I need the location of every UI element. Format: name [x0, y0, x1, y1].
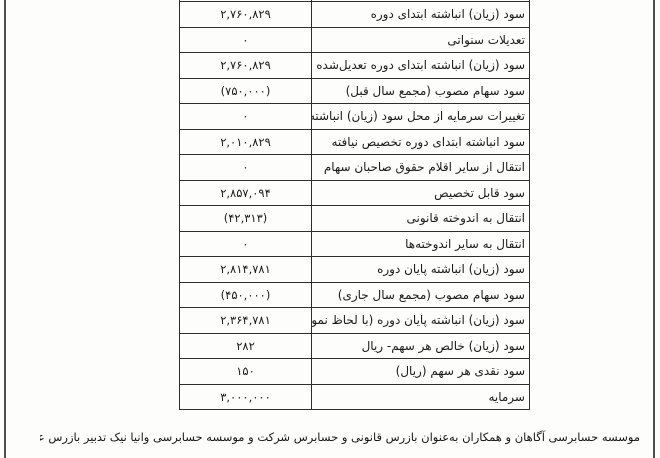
row-label: انتقال از سایر اقلام حقوق صاحبان سهام — [311, 155, 529, 180]
row-label: سود (زیان) خالص هر سهم- ریال — [311, 334, 529, 359]
row-label: سود سهام مصوب (مجمع سال جاری) — [311, 283, 529, 308]
table-row: سود سهام مصوب (مجمع سال قبل)(۷۵۰,۰۰۰) — [180, 79, 529, 105]
table-row: سود (زیان) انباشته ابتدای دوره تعدیل‌شده… — [180, 53, 529, 79]
page-right-edge — [653, 0, 655, 458]
table-row: سود سهام مصوب (مجمع سال جاری)(۴۵۰,۰۰۰) — [180, 283, 529, 309]
row-label: سود (زیان) انباشته ابتدای دوره — [311, 2, 529, 27]
row-value: (۷۵۰,۰۰۰) — [180, 79, 311, 104]
row-label: سود (زیان) انباشته پایان دوره (با لحاظ ن… — [311, 308, 529, 333]
row-value: ۲,۰۱۰,۸۲۹ — [180, 130, 311, 155]
row-value: ۲,۳۶۴,۷۸۱ — [180, 308, 311, 333]
table-row: سرمایه۳,۰۰۰,۰۰۰ — [180, 385, 529, 411]
row-value: ۲,۸۱۴,۷۸۱ — [180, 257, 311, 282]
row-label: سود انباشته ابتدای دوره تخصیص نیافته — [311, 130, 529, 155]
row-label: سود (زیان) انباشته پایان دوره — [311, 257, 529, 282]
table-row: تغییرات سرمایه از محل سود (زیان) انباشته… — [180, 104, 529, 130]
row-label: انتقال به اندوخته قانونی — [311, 206, 529, 231]
financial-table: سود (زیان) خالص۸۴۶,۲۶۵سود (زیان) انباشته… — [179, 0, 530, 410]
table-row: تعدیلات سنواتی۰ — [180, 28, 529, 54]
table-row: انتقال به سایر اندوخته‌ها۰ — [180, 232, 529, 258]
table-row: سود قابل تخصیص۲,۸۵۷,۰۹۴ — [180, 181, 529, 207]
row-value: ۲,۷۶۰,۸۲۹ — [180, 53, 311, 78]
row-value: ۳,۰۰۰,۰۰۰ — [180, 385, 311, 410]
row-value: ۰ — [180, 232, 311, 257]
row-value: ۸۴۶,۲۶۵ — [180, 0, 311, 1]
row-value: ۲,۷۶۰,۸۲۹ — [180, 2, 311, 27]
table-row: سود نقدی هر سهم (ریال)۱۵۰ — [180, 359, 529, 385]
row-label: سود نقدی هر سهم (ریال) — [311, 359, 529, 384]
row-value: (۴۵۰,۰۰۰) — [180, 283, 311, 308]
table-row: انتقال به اندوخته قانونی(۴۲,۳۱۳) — [180, 206, 529, 232]
row-value: ۰ — [180, 104, 311, 129]
row-value: ۰ — [180, 28, 311, 53]
row-label: سود (زیان) انباشته ابتدای دوره تعدیل‌شده — [311, 53, 529, 78]
row-value: (۴۲,۳۱۳) — [180, 206, 311, 231]
row-value: ۱۵۰ — [180, 359, 311, 384]
row-label: سود (زیان) خالص — [311, 0, 529, 1]
row-label: سرمایه — [311, 385, 529, 410]
table-row: سود انباشته ابتدای دوره تخصیص نیافته۲,۰۱… — [180, 130, 529, 156]
table-row: انتقال از سایر اقلام حقوق صاحبان سهام۰ — [180, 155, 529, 181]
row-value: ۰ — [180, 155, 311, 180]
page-left-edge — [4, 0, 6, 458]
table-row: سود (زیان) انباشته پایان دوره۲,۸۱۴,۷۸۱ — [180, 257, 529, 283]
auditor-footnote: موسسه حسابرسی آگاهان و همکاران به‌عنوان … — [40, 430, 640, 444]
row-label: تغییرات سرمایه از محل سود (زیان) انباشته — [311, 104, 529, 129]
row-label: سود قابل تخصیص — [311, 181, 529, 206]
row-label: سود سهام مصوب (مجمع سال قبل) — [311, 79, 529, 104]
row-value: ۲,۸۵۷,۰۹۴ — [180, 181, 311, 206]
row-label: انتقال به سایر اندوخته‌ها — [311, 232, 529, 257]
table-row: سود (زیان) انباشته ابتدای دوره۲,۷۶۰,۸۲۹ — [180, 2, 529, 28]
row-value: ۲۸۲ — [180, 334, 311, 359]
table-row: سود (زیان) انباشته پایان دوره (با لحاظ ن… — [180, 308, 529, 334]
table-row: سود (زیان) خالص هر سهم- ریال۲۸۲ — [180, 334, 529, 360]
document-page: سود (زیان) خالص۸۴۶,۲۶۵سود (زیان) انباشته… — [0, 0, 660, 458]
row-label: تعدیلات سنواتی — [311, 28, 529, 53]
